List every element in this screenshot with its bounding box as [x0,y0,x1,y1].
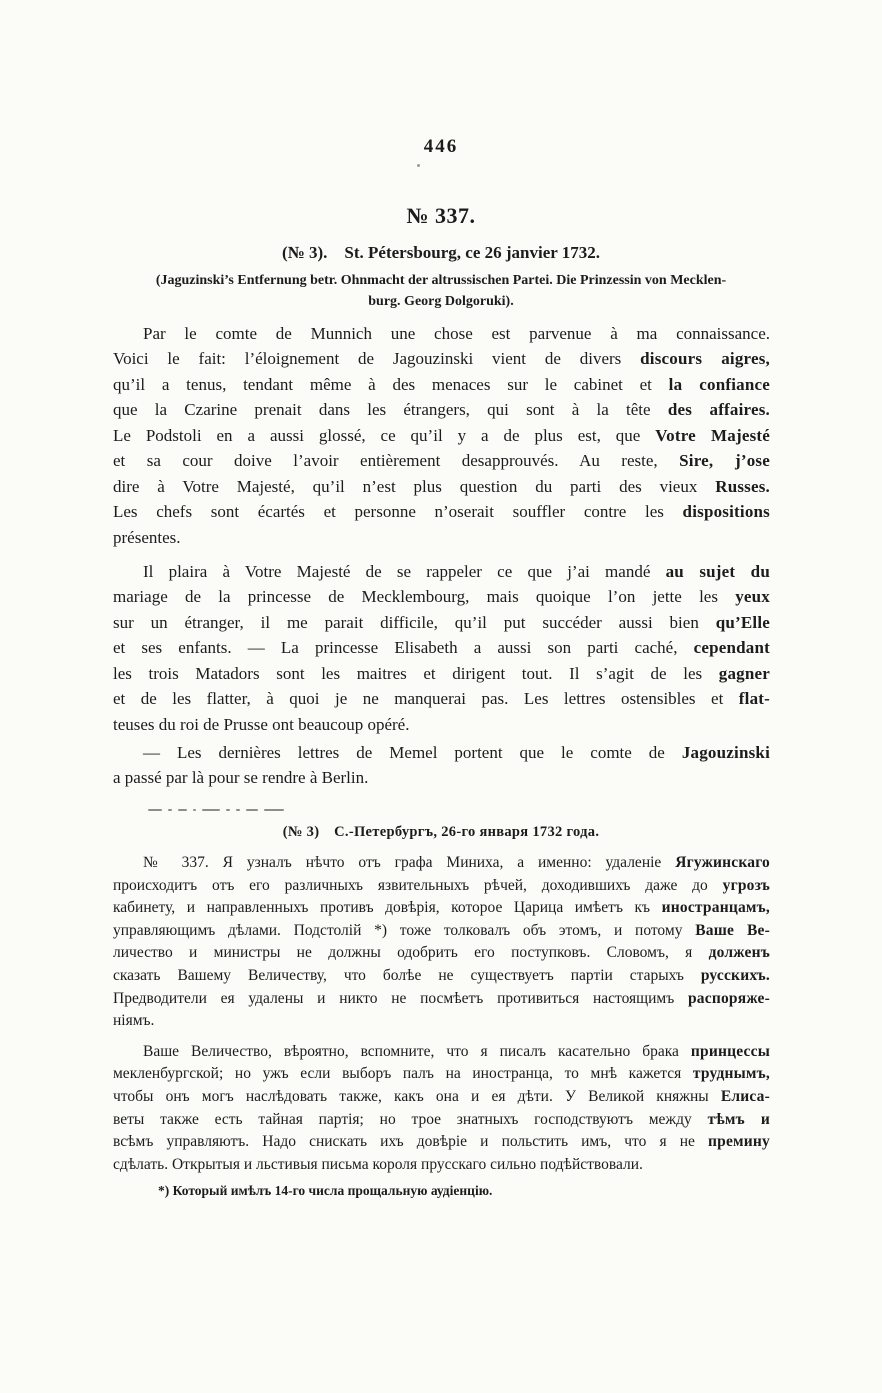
text-line: sur un étranger, il me parait difficile,… [113,610,770,635]
german-summary-line1: (Jaguzinski’s Entfernung betr. Ohnmacht … [55,271,827,292]
text-line: сдѣлать. Открытыя и льстивыя письма коро… [113,1154,770,1177]
line-text-bold: тѣмъ и [708,1111,770,1128]
line-text-bold: Russes. [715,477,770,496]
line-text: et sa cour doive l’avoir entièrement des… [113,451,679,470]
line-text: mariage de la princesse de Mecklembourg,… [113,587,735,606]
russian-text-block: № 337. Я узналъ нѣчто отъ графа Миниха, … [113,852,770,1176]
text-line: et de les flatter, à quoi je ne manquera… [113,686,770,711]
line-text: сдѣлать. Открытыя и льстивыя письма коро… [113,1156,643,1173]
text-line: Les chefs sont écartés et personne n’ose… [113,499,770,524]
line-text-bold: des affaires. [668,400,770,419]
french-text-block: Par le comte de Munnich une chose est pa… [113,321,770,791]
text-line: № 337. Я узналъ нѣчто отъ графа Миниха, … [113,852,770,875]
paragraph: Ваше Величество, вѣроятно, вспомните, чт… [113,1041,770,1177]
line-text: qu’il a tenus, tendant même à des menace… [113,375,669,394]
text-line: Voici le fait: l’éloignement de Jagouzin… [113,346,770,371]
line-text-bold: yeux [735,587,770,606]
line-text: a passé par là pour se rendre à Berlin. [113,768,368,787]
text-line: qu’il a tenus, tendant même à des menace… [113,372,770,397]
text-line: présentes. [113,525,770,550]
line-text: личество и министры не должны одобрить е… [113,944,709,961]
line-text: Par le comte de Munnich une chose est pa… [143,324,770,343]
text-line: — Les dernières lettres de Memel portent… [113,740,770,765]
line-text: Предводители ея удалены и никто не посмѣ… [113,990,688,1007]
text-line: Par le comte de Munnich une chose est pa… [113,321,770,346]
paragraph: Il plaira à Votre Majesté de se rappeler… [113,559,770,737]
footnote-marker: *) [158,1183,169,1198]
line-text-bold: Ягужинскаго [675,854,770,871]
line-text: управляющимъ дѣлами. Подстолій *) тоже т… [113,922,695,939]
line-text: que la Czarine prenait dans les étranger… [113,400,668,419]
line-text: les trois Matadors sont les maitres et d… [113,664,719,683]
line-text: чтобы онъ могъ наслѣдовать также, какъ о… [113,1088,721,1105]
page-number: 446 [0,136,882,158]
text-line: Ваше Величество, вѣроятно, вспомните, чт… [113,1041,770,1064]
text-line: mariage de la princesse de Mecklembourg,… [113,584,770,609]
line-text-bold: Ваше Ве- [695,922,770,939]
line-text: — Les dernières lettres de Memel portent… [143,743,682,762]
dateline-french: (№ 3). St. Pétersbourg, ce 26 janvier 17… [0,243,882,263]
line-text: Les chefs sont écartés et personne n’ose… [113,502,683,521]
line-text: dire à Votre Majesté, qu’il n’est plus q… [113,477,715,496]
text-line: кабинету, и направленныхъ противъ довѣрі… [113,897,770,920]
document-number-heading: № 337. [0,203,882,229]
paragraph: — Les dernières lettres de Memel portent… [113,740,770,791]
scanned-page: 446 № 337. (№ 3). St. Pétersbourg, ce 26… [0,0,882,1393]
line-text-bold: премину [708,1133,770,1150]
footnote: *) Который имѣлъ 14-го числа прощальную … [113,1183,770,1199]
line-text-bold: flat- [739,689,770,708]
line-text: présentes. [113,528,181,547]
line-text: мекленбургской; но ужъ если выборъ палъ … [113,1065,693,1082]
german-summary: (Jaguzinski’s Entfernung betr. Ohnmacht … [55,271,827,312]
text-line: управляющимъ дѣлами. Подстолій *) тоже т… [113,920,770,943]
text-line: веты также есть тайная партія; но трое з… [113,1109,770,1132]
line-text: sur un étranger, il me parait difficile,… [113,613,716,632]
line-text-bold: угрозъ [723,877,770,894]
line-text-bold: au sujet du [666,562,770,581]
line-text: Le Podstoli en a aussi glossé, ce qu’il … [113,426,655,445]
paragraph: Par le comte de Munnich une chose est pa… [113,321,770,550]
line-text: Il plaira à Votre Majesté de se rappeler… [143,562,666,581]
german-summary-line2: burg. Georg Dolgoruki). [55,292,827,313]
line-text-bold: распоряже- [688,990,770,1007]
line-text-bold: труднымъ, [693,1065,770,1082]
text-line: et sa cour doive l’avoir entièrement des… [113,448,770,473]
line-text-bold: Jagouzinski [682,743,770,762]
line-text: кабинету, и направленныхъ противъ довѣрі… [113,899,662,916]
line-text-bold: la confiance [669,375,770,394]
line-text-bold: cependant [694,638,770,657]
line-text-bold: Sire, j’ose [679,451,770,470]
dateline-russian: (№ 3) С.-Петербургъ, 26-го января 1732 г… [0,824,882,841]
line-text-bold: иностранцамъ, [662,899,770,916]
text-line: ніямъ. [113,1010,770,1033]
line-text: ніямъ. [113,1012,154,1029]
text-line: Предводители ея удалены и никто не посмѣ… [113,988,770,1011]
text-line: всѣмъ управляютъ. Надо снискать ихъ довѣ… [113,1131,770,1154]
line-text: teuses du roi de Prusse ont beaucoup opé… [113,715,409,734]
line-text-bold: Елиса- [721,1088,770,1105]
dashed-rule-artifact [148,809,328,812]
line-text: et ses enfants. — La princesse Elisabeth… [113,638,694,657]
paragraph: № 337. Я узналъ нѣчто отъ графа Миниха, … [113,852,770,1033]
line-text-bold: русскихъ. [701,967,770,984]
line-text-bold: gagner [719,664,770,683]
line-text-bold: Votre Majesté [655,426,770,445]
line-text-bold: принцессы [691,1043,770,1060]
text-line: чтобы онъ могъ наслѣдовать также, какъ о… [113,1086,770,1109]
text-line: Il plaira à Votre Majesté de se rappeler… [113,559,770,584]
text-line: сказать Вашему Величеству, что болѣе не … [113,965,770,988]
line-text: et de les flatter, à quoi je ne manquera… [113,689,739,708]
line-text: веты также есть тайная партія; но трое з… [113,1111,708,1128]
text-line: que la Czarine prenait dans les étranger… [113,397,770,422]
line-text: Ваше Величество, вѣроятно, вспомните, чт… [143,1043,691,1060]
text-line: a passé par là pour se rendre à Berlin. [113,765,770,790]
line-text: всѣмъ управляютъ. Надо снискать ихъ довѣ… [113,1133,708,1150]
line-text-bold: долженъ [709,944,770,961]
text-line: les trois Matadors sont les maitres et d… [113,661,770,686]
ink-dot-artifact [417,164,420,167]
text-line: личество и министры не должны одобрить е… [113,942,770,965]
line-text: № 337. Я узналъ нѣчто отъ графа Миниха, … [143,854,675,871]
text-line: происходитъ отъ его различныхъ язвительн… [113,875,770,898]
footnote-text: Который имѣлъ 14-го числа прощальную ауд… [173,1183,493,1198]
text-line: et ses enfants. — La princesse Elisabeth… [113,635,770,660]
text-line: Le Podstoli en a aussi glossé, ce qu’il … [113,423,770,448]
text-line: мекленбургской; но ужъ если выборъ палъ … [113,1063,770,1086]
line-text-bold: dispositions [683,502,770,521]
line-text: происходитъ отъ его различныхъ язвительн… [113,877,723,894]
line-text: Voici le fait: l’éloignement de Jagouzin… [113,349,640,368]
line-text: сказать Вашему Величеству, что болѣе не … [113,967,701,984]
text-line: dire à Votre Majesté, qu’il n’est plus q… [113,474,770,499]
text-line: teuses du roi de Prusse ont beaucoup opé… [113,712,770,737]
line-text-bold: qu’Elle [716,613,770,632]
line-text-bold: discours aigres, [640,349,770,368]
